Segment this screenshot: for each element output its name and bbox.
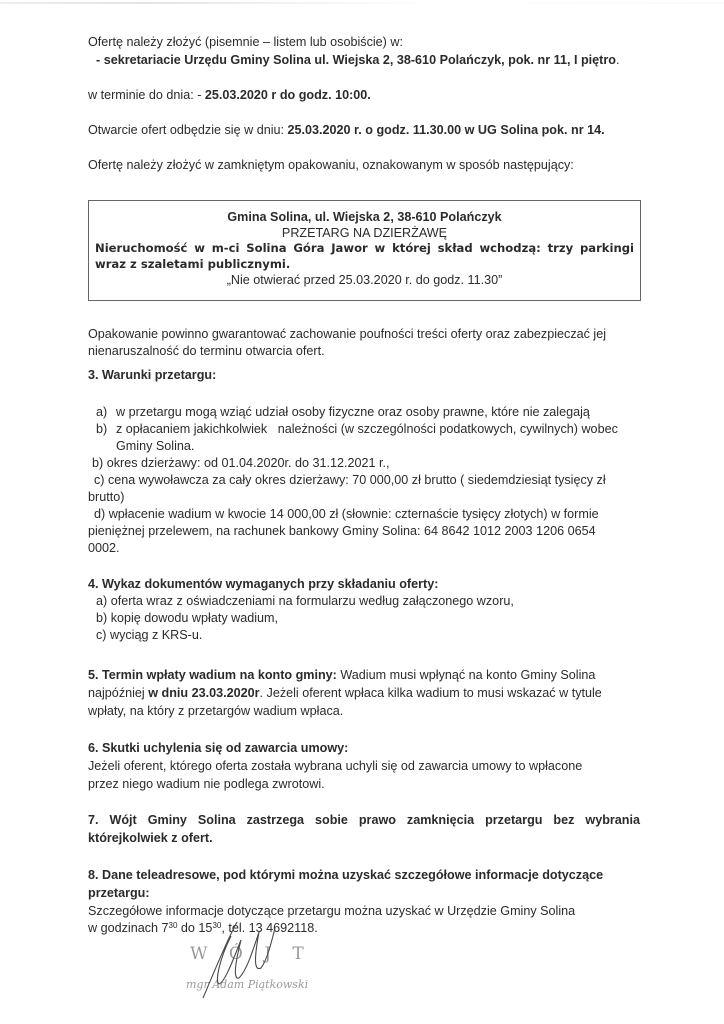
section5-line3: wpłaty, na który z przetargów wadium wpł…: [88, 703, 343, 719]
signature-icon: [175, 920, 335, 1000]
confidentiality-line2: nienaruszalność do terminu otwarcia ofer…: [88, 343, 325, 359]
deadline: w terminie do dnia: - 25.03.2020 r do go…: [88, 87, 371, 103]
section3-item-b-marker: b): [96, 421, 107, 437]
label-do-not-open: „Nie otwierać przed 25.03.2020 r. do god…: [89, 272, 640, 288]
section8-heading-cont: przetargu:: [88, 885, 150, 901]
section7-line1: 7. Wójt Gminy Solina zastrzega sobie pra…: [88, 812, 640, 828]
section5-text: . Jeżeli oferent wpłaca kilka wadium to …: [260, 686, 602, 700]
section3-deposit-account: pieniężnej przelewem, na rachunek bankow…: [88, 523, 596, 539]
section4-heading: 4. Wykaz dokumentów wymaganych przy skła…: [88, 576, 438, 592]
section6-heading: 6. Skutki uchylenia się od zawarcia umow…: [88, 740, 348, 756]
envelope-label-box: Gmina Solina, ul. Wiejska 2, 38-610 Pola…: [88, 200, 641, 301]
section3-starting-price: c) cena wywoławcza za cały okres dzierża…: [94, 472, 606, 488]
section5-line1: 5. Termin wpłaty wadium na konto gminy: …: [88, 667, 595, 683]
deadline-label: w terminie do dnia: -: [88, 88, 205, 102]
section3-item-b: z opłacaniem jakichkolwiek należności (w…: [116, 421, 618, 437]
section4-item: c) wyciąg z KRS-u.: [96, 627, 202, 643]
submission-instruction: Ofertę należy złożyć (pisemnie – listem …: [88, 34, 403, 50]
section6-line1: Jeżeli oferent, którego oferta została w…: [88, 758, 582, 774]
scan-artifact: [0, 2, 724, 4]
section4-item: b) kopię dowodu wpłaty wadium,: [96, 610, 278, 626]
section5-text: Wadium musi wpłynąć na konto Gminy Solin…: [337, 668, 596, 682]
section4-item: a) oferta wraz z oświadczeniami na formu…: [96, 593, 514, 609]
section3-item-a-marker: a): [96, 404, 107, 420]
section5-heading: 5. Termin wpłaty wadium na konto gminy:: [88, 668, 337, 682]
submission-location-period: .: [616, 53, 620, 67]
section3-starting-price-cont: brutto): [88, 489, 124, 505]
section7-line2: którejkolwiek z ofert.: [88, 830, 213, 846]
label-address: Gmina Solina, ul. Wiejska 2, 38-610 Pola…: [89, 209, 640, 225]
section3-item-b-cont: Gminy Solina.: [116, 438, 194, 454]
opening-label: Otwarcie ofert odbędzie się w dniu:: [88, 123, 288, 137]
opening-value: 25.03.2020 r. o godz. 11.30.00 w UG Soli…: [288, 123, 605, 137]
section3-heading: 3. Warunki przetargu:: [88, 367, 216, 383]
section8-text: Szczegółowe informacje dotyczące przetar…: [88, 903, 575, 919]
submission-location-text: - sekretariacie Urzędu Gminy Solina ul. …: [96, 53, 616, 67]
section5-line2: najpóźniej w dniu 23.03.2020r. Jeżeli of…: [88, 685, 602, 701]
hours-label: w godzinach 7: [88, 921, 169, 935]
deadline-value: 25.03.2020 r do godz. 10:00.: [205, 88, 371, 102]
submission-location: - sekretariacie Urzędu Gminy Solina ul. …: [96, 52, 619, 68]
packaging-instruction: Ofertę należy złożyć w zamkniętym opakow…: [88, 157, 574, 173]
confidentiality-line1: Opakowanie powinno gwarantować zachowani…: [88, 326, 606, 342]
section3-deposit: d) wpłacenie wadium w kwocie 14 000,00 z…: [94, 506, 599, 522]
label-property: Nieruchomość w m-ci Solina Góra Jawor w …: [95, 240, 634, 256]
opening: Otwarcie ofert odbędzie się w dniu: 25.0…: [88, 122, 605, 138]
section6-line2: przez niego wadium nie podlega zwrotowi.: [88, 776, 325, 792]
section8-heading: 8. Dane teleadresowe, pod którymi można …: [88, 867, 603, 883]
section5-text: najpóźniej: [88, 686, 148, 700]
label-title: PRZETARG NA DZIERŻAWĘ: [89, 225, 640, 241]
section3-lease-period: b) okres dzierżawy: od 01.04.2020r. do 3…: [92, 455, 390, 471]
label-property-cont: wraz z szaletami publicznymi.: [95, 256, 634, 272]
section5-deposit-date: w dniu 23.03.2020r: [148, 686, 259, 700]
section3-item-a: w przetargu mogą wziąć udział osoby fizy…: [116, 404, 590, 420]
section3-deposit-account-cont: 0002.: [88, 540, 120, 556]
